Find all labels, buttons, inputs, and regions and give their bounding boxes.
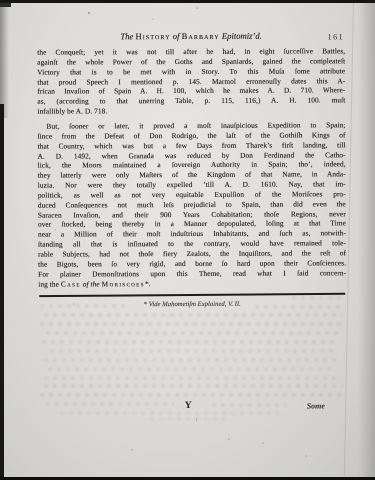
scan-right-shading (358, 0, 375, 480)
paper-speckle (88, 12, 90, 14)
final-line-moriscoes: Moriscoes (102, 279, 145, 288)
paper-speckle (131, 449, 133, 451)
final-line-of-the: of the (81, 279, 102, 288)
paper-speckle (321, 58, 323, 60)
footnote-divider-rule (39, 293, 345, 297)
scan-left-border (0, 104, 4, 480)
running-title-caps-history: History (135, 31, 170, 41)
scan-top-border (0, 0, 375, 3)
final-line-marker: *. (145, 279, 151, 288)
paper-speckle (305, 455, 307, 457)
paper-speckle (228, 438, 230, 440)
text-line: For plainer Demonſtrations upon this The… (38, 268, 346, 279)
footnote-marker: * (144, 301, 147, 308)
paper-speckle (341, 196, 343, 198)
running-title-of: of (173, 31, 180, 41)
page-header: The History of Barbary Epitomiz’d. 161 (37, 30, 345, 44)
paragraph-1: the Conqueſt; yet it was not till after … (37, 46, 345, 116)
paragraph-2: But, ſooner or later, it proved a moſt i… (37, 120, 346, 279)
final-line-case: Case (61, 279, 81, 288)
final-line-prefix: ing the (38, 279, 61, 288)
paper-speckle (262, 442, 264, 444)
running-title-lead: The (120, 31, 133, 41)
paper-speckle (196, 418, 197, 422)
paper-speckle (73, 303, 75, 305)
footnote: * Vide Mahometiſm Explained, V. II. (38, 300, 346, 308)
running-title-caps-barbary: Barbary (182, 31, 220, 41)
paragraph-2-final-line: ing the Case of the Moriscoes*. (38, 279, 150, 288)
footnote-text: Vide Mahometiſm Explained, V. II. (149, 301, 241, 308)
running-title: The History of Barbary Epitomiz’d. (37, 30, 345, 41)
scanned-book-page: The History of Barbary Epitomiz’d. 161 t… (0, 0, 375, 480)
scan-left-gray-edge (0, 0, 9, 118)
running-title-tail: Epitomiz’d. (222, 31, 262, 41)
paper-speckle (54, 229, 56, 231)
page-number: 161 (328, 32, 345, 41)
paper-speckle (196, 7, 198, 9)
text-line: as, (according to that unerring Table, p… (37, 96, 345, 107)
text-line: infallibly be A. D. 718. (37, 105, 345, 116)
paper-speckle (152, 18, 154, 20)
catchword: Some (307, 401, 325, 410)
page-content: The History of Barbary Epitomiz’d. 161 t… (0, 0, 375, 480)
